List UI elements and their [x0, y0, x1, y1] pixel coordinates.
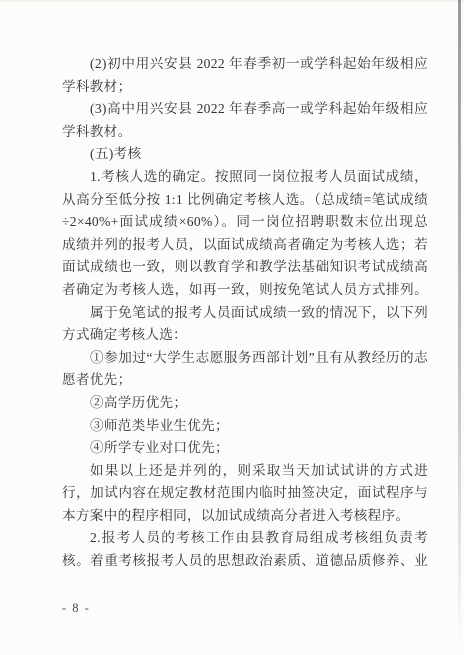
text-line: (3)高中用兴安县 2022 年春季高一或学科起始年级相应: [62, 98, 428, 121]
list-item-2: ②高学历优先；: [62, 392, 428, 415]
text-line: 1.考核人选的确定。按照同一岗位报考人员面试成绩，: [62, 166, 428, 189]
page-number: - 8 -: [62, 600, 90, 616]
text-line: 行，加试内容在规定教材范围内临时抽签决定，面试程序与: [62, 482, 428, 505]
text-line: (2)初中用兴安县 2022 年春季初一或学科起始年级相应: [62, 53, 428, 76]
text-line: 本方案中的程序相同，以加试成绩高分者进入考核程序。: [62, 505, 428, 528]
scan-right-edge-shadow: [458, 0, 461, 645]
scanned-document-page: (2)初中用兴安县 2022 年春季初一或学科起始年级相应 学科教材； (3)高…: [0, 0, 464, 655]
document-body: (2)初中用兴安县 2022 年春季初一或学科起始年级相应 学科教材； (3)高…: [62, 53, 428, 573]
text-line: 愿者优先；: [62, 369, 428, 392]
text-line: 属于免笔试的报考人员面试成绩一致的情况下，以下列: [62, 302, 428, 325]
scan-top-edge: [0, 0, 464, 2]
text-line: 学科教材；: [62, 76, 428, 99]
text-line: 成绩并列的报考人员，以面试成绩高者确定为考核人选；若: [62, 234, 428, 257]
list-item-4: ④所学专业对口优先；: [62, 437, 428, 460]
text-line: 者确定为考核人选，如再一致，则按免笔试人员方式排列。: [62, 279, 428, 302]
text-line: 方式确定考核人选：: [62, 324, 428, 347]
list-item-1: ①参加过“大学生志愿服务西部计划”且有从教经历的志: [62, 347, 428, 370]
text-line: 2.报考人员的考核工作由县教育局组成考核组负责考: [62, 527, 428, 550]
text-line: 核。着重考核报考人员的思想政治素质、道德品质修养、业: [62, 550, 428, 573]
text-line: 面试成绩也一致，则以教育学和教学法基础知识考试成绩高: [62, 256, 428, 279]
text-line: 如果以上还是并列的，则采取当天加试试讲的方式进: [62, 460, 428, 483]
text-line: 学科教材。: [62, 121, 428, 144]
list-item-3: ③师范类毕业生优先；: [62, 415, 428, 438]
text-line: 从高分至低分按 1:1 比例确定考核人选。（总成绩=笔试成绩: [62, 189, 428, 212]
text-line: ÷2×40%+面试成绩×60%）。同一岗位招聘职数末位出现总: [62, 211, 428, 234]
section-heading: (五)考核: [62, 143, 428, 166]
